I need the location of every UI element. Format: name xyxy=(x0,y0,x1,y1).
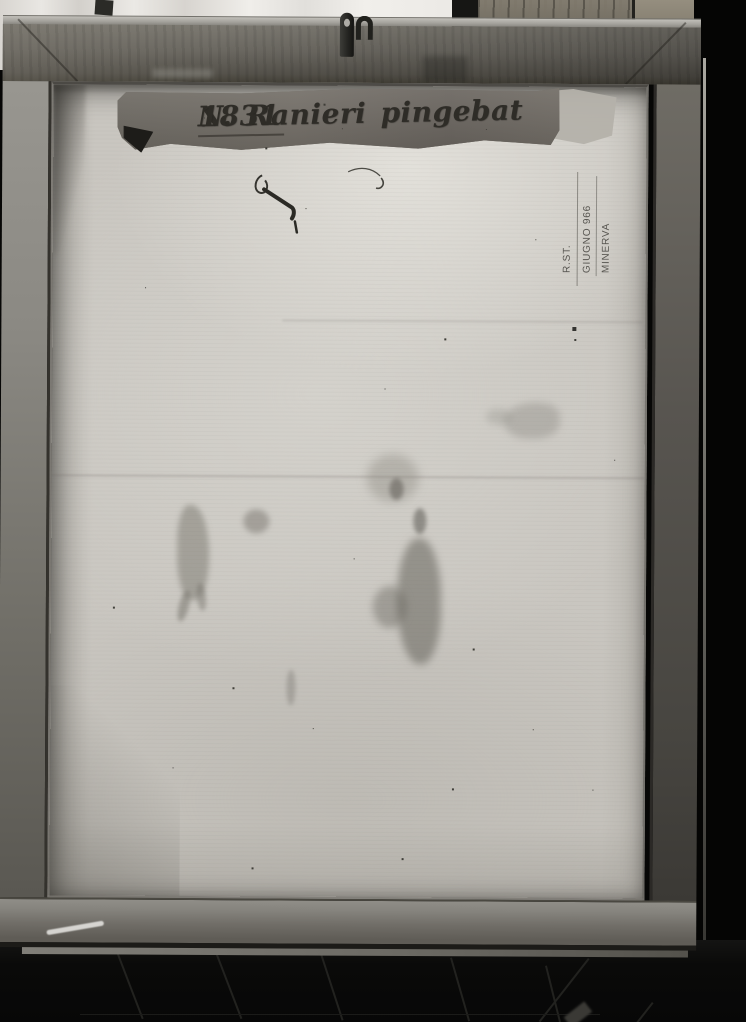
stretcher-bar-right xyxy=(649,84,700,900)
hanging-plate-icon xyxy=(340,13,354,57)
water-stain xyxy=(373,586,407,628)
water-stain xyxy=(196,583,208,612)
wall-dark-mark xyxy=(94,0,113,16)
wood-stain xyxy=(423,56,468,82)
water-stain xyxy=(175,589,193,622)
label-row: R.ST. xyxy=(558,176,578,276)
restoration-label-text: R.ST. GIUGNO 966 MINERVA xyxy=(558,176,617,276)
hanging-plate-hole xyxy=(344,19,350,27)
wood-scuff xyxy=(153,69,213,78)
water-stain xyxy=(504,403,560,439)
hanging-hardware xyxy=(340,13,378,61)
water-stain xyxy=(177,505,209,600)
frame-behind-side-edge xyxy=(703,58,706,946)
label-row: GIUGNO 966 xyxy=(577,172,597,286)
black-background-right xyxy=(694,0,746,1022)
scratch-mark xyxy=(46,921,104,936)
canvas-crease-line xyxy=(52,474,645,479)
water-stain xyxy=(486,409,512,425)
inscription-banner: N. Ranieri pingebat 1831 xyxy=(117,88,559,152)
water-stain xyxy=(413,508,426,534)
inscription-year: 1831 xyxy=(197,98,284,137)
fly-specks xyxy=(54,84,56,86)
canvas-crease-line xyxy=(282,319,642,323)
water-stain xyxy=(286,669,295,705)
painting-verso: N. Ranieri pingebat 1831 R.ST. GIUGNO 96… xyxy=(0,15,701,951)
inner-shadow xyxy=(49,685,180,896)
restoration-label: R.ST. GIUGNO 966 MINERVA xyxy=(558,176,617,276)
water-stain xyxy=(389,478,403,500)
hanging-ring-icon xyxy=(356,16,373,40)
stretcher-bar-bottom xyxy=(0,897,696,951)
inner-shadow xyxy=(53,84,86,254)
water-stain xyxy=(243,509,269,533)
label-row: MINERVA xyxy=(596,176,616,276)
photograph-backdrop: N. Ranieri pingebat 1831 R.ST. GIUGNO 96… xyxy=(0,0,746,1022)
ink-squiggle-mark xyxy=(248,163,408,234)
canvas-back: N. Ranieri pingebat 1831 R.ST. GIUGNO 96… xyxy=(47,81,648,900)
stretcher-bar-left xyxy=(0,81,52,897)
floor-tile-line xyxy=(80,1014,600,1015)
